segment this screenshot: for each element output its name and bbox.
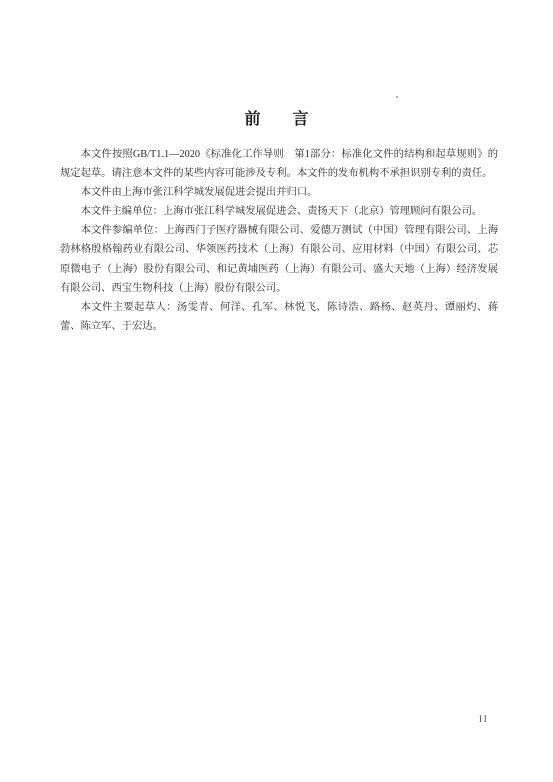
paragraph-drafting-rules: 本文件按照GB/T1.1—2020《标准化工作导则 第1部分：标准化文件的结构和… [60, 145, 498, 183]
paragraph-chief-editing-units: 本文件主编单位：上海市张江科学城发展促进会、责扬天下（北京）管理顾问有限公司。 [60, 202, 498, 221]
document-body: 本文件按照GB/T1.1—2020《标准化工作导则 第1部分：标准化文件的结构和… [60, 145, 498, 336]
scan-artifact-dot [396, 96, 398, 98]
paragraph-participating-units: 本文件参编单位：上海西门子医疗器械有限公司、爱德万测试（中国）管理有限公司、上海… [60, 221, 498, 297]
page-title: 前 言 [0, 110, 553, 129]
page-number: II [479, 715, 488, 725]
paragraph-proposing-body: 本文件由上海市张江科学城发展促进会提出并归口。 [60, 183, 498, 202]
document-page: 前 言 本文件按照GB/T1.1—2020《标准化工作导则 第1部分：标准化文件… [0, 0, 553, 782]
paragraph-main-drafters: 本文件主要起草人：汤雯青、何洋、孔军、林悦飞、陈诗浩、路杨、赵英丹、谭丽灼、蒋蕾… [60, 298, 498, 336]
